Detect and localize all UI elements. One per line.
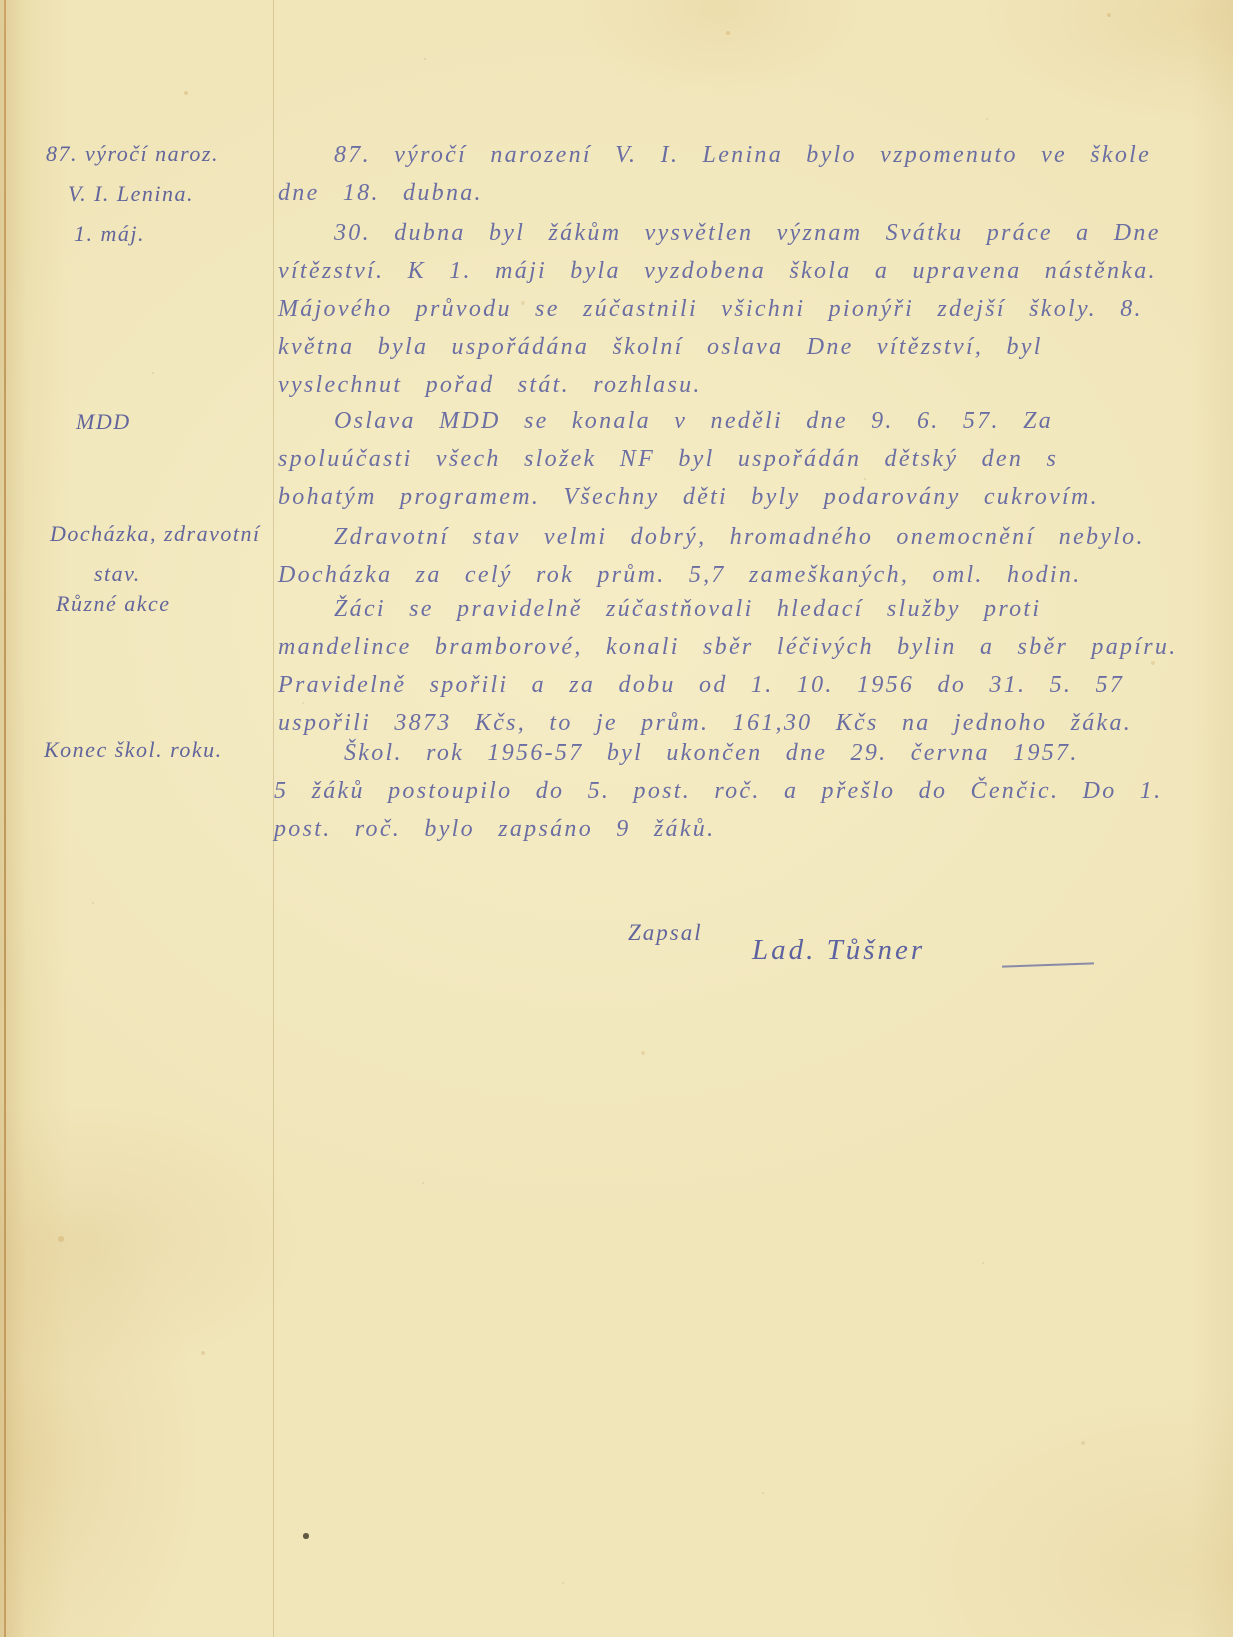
- binding-edge-line: [4, 0, 6, 1637]
- margin-note-line: 1. máj.: [74, 214, 145, 254]
- signature-prefix: Zapsal: [628, 920, 703, 946]
- para-pupils-promotion-enrollment: 5 žáků postoupilo do 5. post. roč. a pře…: [274, 772, 1176, 848]
- signature-name: Lad. Tůšner: [752, 934, 925, 967]
- margin-note-attendance-health: Docházka, zdravotní stav.: [50, 514, 261, 594]
- margin-note-first-may: 1. máj.: [74, 214, 145, 254]
- paper-foxing-specks: [0, 0, 2, 2]
- para-first-may-victory-day: 30. dubna byl žákům vysvětlen význam Svá…: [278, 214, 1180, 404]
- para-school-year-end: Škol. rok 1956-57 byl ukončen dne 29. če…: [278, 734, 1180, 772]
- margin-note-lenin-anniversary: 87. výročí naroz. V. I. Lenina.: [46, 134, 219, 214]
- margin-note-various-activities: Různé akce: [56, 584, 171, 624]
- para-health-attendance: Zdravotní stav velmi dobrý, hromadného o…: [278, 518, 1180, 594]
- margin-note-line: 87. výročí naroz.: [46, 134, 219, 174]
- para-lenin-anniversary: 87. výročí narození V. I. Lenina bylo vz…: [278, 136, 1180, 212]
- margin-note-school-year-end: Konec škol. roku.: [44, 730, 223, 770]
- chronicle-page: 87. výročí naroz. V. I. Lenina. 1. máj. …: [0, 0, 1233, 1637]
- margin-note-line: Různé akce: [56, 584, 171, 624]
- margin-note-line: V. I. Lenina.: [46, 174, 219, 214]
- margin-note-mdd: MDD: [76, 402, 131, 442]
- signature-flourish: [1002, 962, 1094, 967]
- margin-note-line: MDD: [76, 402, 131, 442]
- para-various-activities-savings: Žáci se pravidelně zúčastňovali hledací …: [278, 590, 1180, 742]
- para-mdd-celebration: Oslava MDD se konala v neděli dne 9. 6. …: [278, 402, 1180, 516]
- margin-note-line: Docházka, zdravotní: [50, 514, 261, 554]
- margin-note-line: Konec škol. roku.: [44, 730, 223, 770]
